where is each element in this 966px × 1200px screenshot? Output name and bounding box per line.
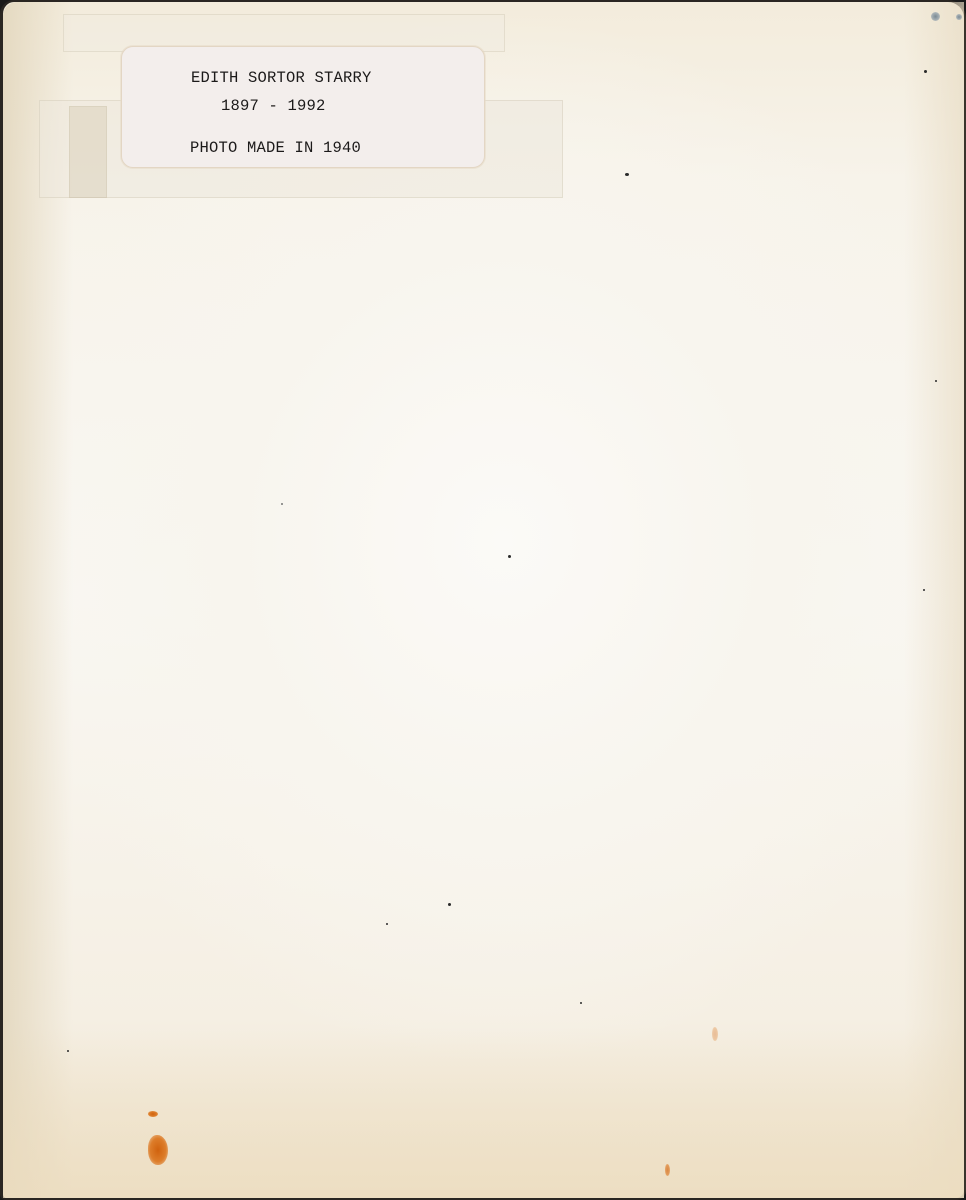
aged-edge-right bbox=[904, 2, 964, 1198]
speck bbox=[508, 555, 511, 558]
photo-back-card: EDITH SORTOR STARRY 1897 - 1992 PHOTO MA… bbox=[0, 0, 966, 1200]
label-dates: 1897 - 1992 bbox=[221, 97, 326, 115]
speck bbox=[935, 380, 937, 382]
rust-stain bbox=[148, 1111, 158, 1117]
label-name: EDITH SORTOR STARRY bbox=[191, 69, 372, 87]
speck bbox=[923, 589, 925, 591]
label-note: PHOTO MADE IN 1940 bbox=[190, 139, 361, 157]
tape-strip-left bbox=[69, 106, 107, 198]
rust-stain bbox=[712, 1027, 718, 1041]
speck bbox=[281, 503, 283, 505]
pin-hole bbox=[931, 12, 940, 21]
speck bbox=[386, 923, 388, 925]
rust-stain bbox=[148, 1135, 168, 1165]
speck bbox=[448, 903, 451, 906]
typed-label: EDITH SORTOR STARRY 1897 - 1992 PHOTO MA… bbox=[121, 46, 485, 168]
speck bbox=[625, 173, 629, 176]
speck bbox=[924, 70, 927, 73]
speck bbox=[580, 1002, 582, 1004]
rust-stain bbox=[665, 1164, 670, 1176]
speck bbox=[67, 1050, 69, 1052]
pin-hole bbox=[956, 14, 962, 20]
